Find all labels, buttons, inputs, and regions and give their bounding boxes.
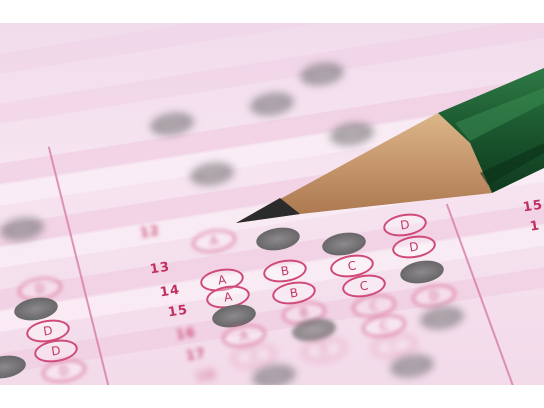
answer-sheet-photo: 12 13 14 15 16 17 18 15 1 A D A B C D A …: [0, 23, 544, 385]
pencil-icon: [0, 23, 544, 385]
